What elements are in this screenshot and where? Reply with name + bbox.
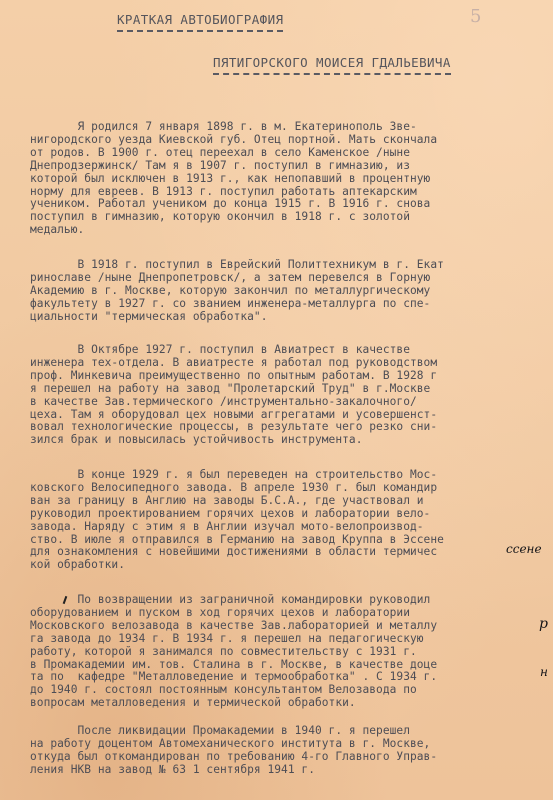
paragraph-return-teaching: По возвращении из заграничной командиров… (30, 594, 552, 710)
title-text-2: ПЯТИГОРСКОГО МОИСЕЯ ГДАЛЬЕВИЧА (213, 55, 451, 70)
title-line-2: ПЯТИГОРСКОГО МОИСЕЯ ГДАЛЬЕВИЧА (213, 55, 451, 75)
text-line: ван за границу в Англию на заводы Б.С.А.… (30, 495, 552, 508)
text-line: откуда был откомандирован по требованию … (30, 751, 552, 764)
title-line-1: КРАТКАЯ АВТОБИОГРАФИЯ (117, 12, 283, 32)
text-line: я перешел на работу на завод "Пролетарск… (30, 383, 552, 396)
text-line: факультету в 1927 г. со званием инженера… (30, 298, 552, 311)
text-line: медалью. (30, 224, 552, 237)
text-line: Днепродзержинск/ Там я в 1907 г. поступи… (30, 160, 552, 173)
text-line: от родов. В 1900 г. отец переехал в село… (30, 147, 552, 160)
handwritten-note-docent: н (540, 665, 548, 679)
text-line: проф. Минкевича преимущественно по опытн… (30, 370, 552, 383)
text-line: кой обработки. (30, 559, 552, 572)
text-line: В 1918 г. поступил в Еврейский Политтехн… (30, 259, 552, 272)
handwritten-note-essen: ссене (506, 542, 542, 556)
text-line: ковского Велосипедного завода. В апреле … (30, 482, 552, 495)
text-line: работу, которой я занимался по совместит… (30, 646, 552, 659)
page-number-mark: 5 (470, 6, 481, 27)
text-line: Академию в г. Москве, которую закончил п… (30, 285, 552, 298)
text-line: В конце 1929 г. я был переведен на строи… (30, 469, 552, 482)
text-line: Московского велозавода в качестве Зав.ла… (30, 620, 552, 633)
text-line: инженера тех-отдела. В авиатресте я рабо… (30, 357, 552, 370)
text-line: Я родился 7 января 1898 г. в м. Екатерин… (30, 121, 552, 134)
text-line: зился брак и повысилась устойчивость инс… (30, 434, 552, 447)
text-line: По возвращении из заграничной командиров… (30, 594, 552, 607)
text-line: поступил в гимназию, которую окончил в 1… (30, 211, 552, 224)
text-line: завода. Наряду с этим я в Англии изучал … (30, 521, 552, 534)
title-text-1: КРАТКАЯ АВТОБИОГРАФИЯ (117, 12, 283, 27)
text-line: в качестве Зав.термического /инструмента… (30, 396, 552, 409)
text-line: оборудованием и пуском в ход горячих цех… (30, 607, 552, 620)
text-line: После ликвидации Промакадемии в 1940 г. … (30, 725, 552, 738)
text-line: ления НКВ на завод № 63 1 сентября 1941 … (30, 764, 552, 777)
text-line: В Октябре 1927 г. поступил в Авиатрест в… (30, 344, 552, 357)
text-line: циальности "термическая обработка". (30, 311, 552, 324)
paragraph-higher-education: В 1918 г. поступил в Еврейский Политтехн… (30, 259, 552, 324)
text-line: на работу доцентом Автомеханического инс… (30, 738, 552, 751)
text-line: нигородского уезда Киевской губ. Отец по… (30, 134, 552, 147)
handwritten-note-metallurg: р (539, 616, 548, 632)
text-line: вопросам металловедения и термической об… (30, 697, 552, 710)
paragraph-1940-1941: После ликвидации Промакадемии в 1940 г. … (30, 725, 552, 777)
text-line: га завода до 1934 г. В 1934 г. я перешел… (30, 633, 552, 646)
text-line: ринославе /ныне Днепропетровск/, а затем… (30, 272, 552, 285)
paragraph-birth-education: Я родился 7 января 1898 г. в м. Екатерин… (30, 121, 552, 237)
title-underline-2 (213, 73, 451, 75)
paragraph-aviatrest: В Октябре 1927 г. поступил в Авиатрест в… (30, 344, 552, 447)
paragraph-bicycle-plant: В конце 1929 г. я был переведен на строи… (30, 469, 552, 572)
title-underline-1 (117, 30, 283, 32)
text-line: руководил проектированием горячих цехов … (30, 508, 552, 521)
text-line: которой был исключен в 1913 г., как непо… (30, 173, 552, 186)
document-page: 5 КРАТКАЯ АВТОБИОГРАФИЯ ПЯТИГОРСКОГО МОИ… (0, 0, 553, 800)
